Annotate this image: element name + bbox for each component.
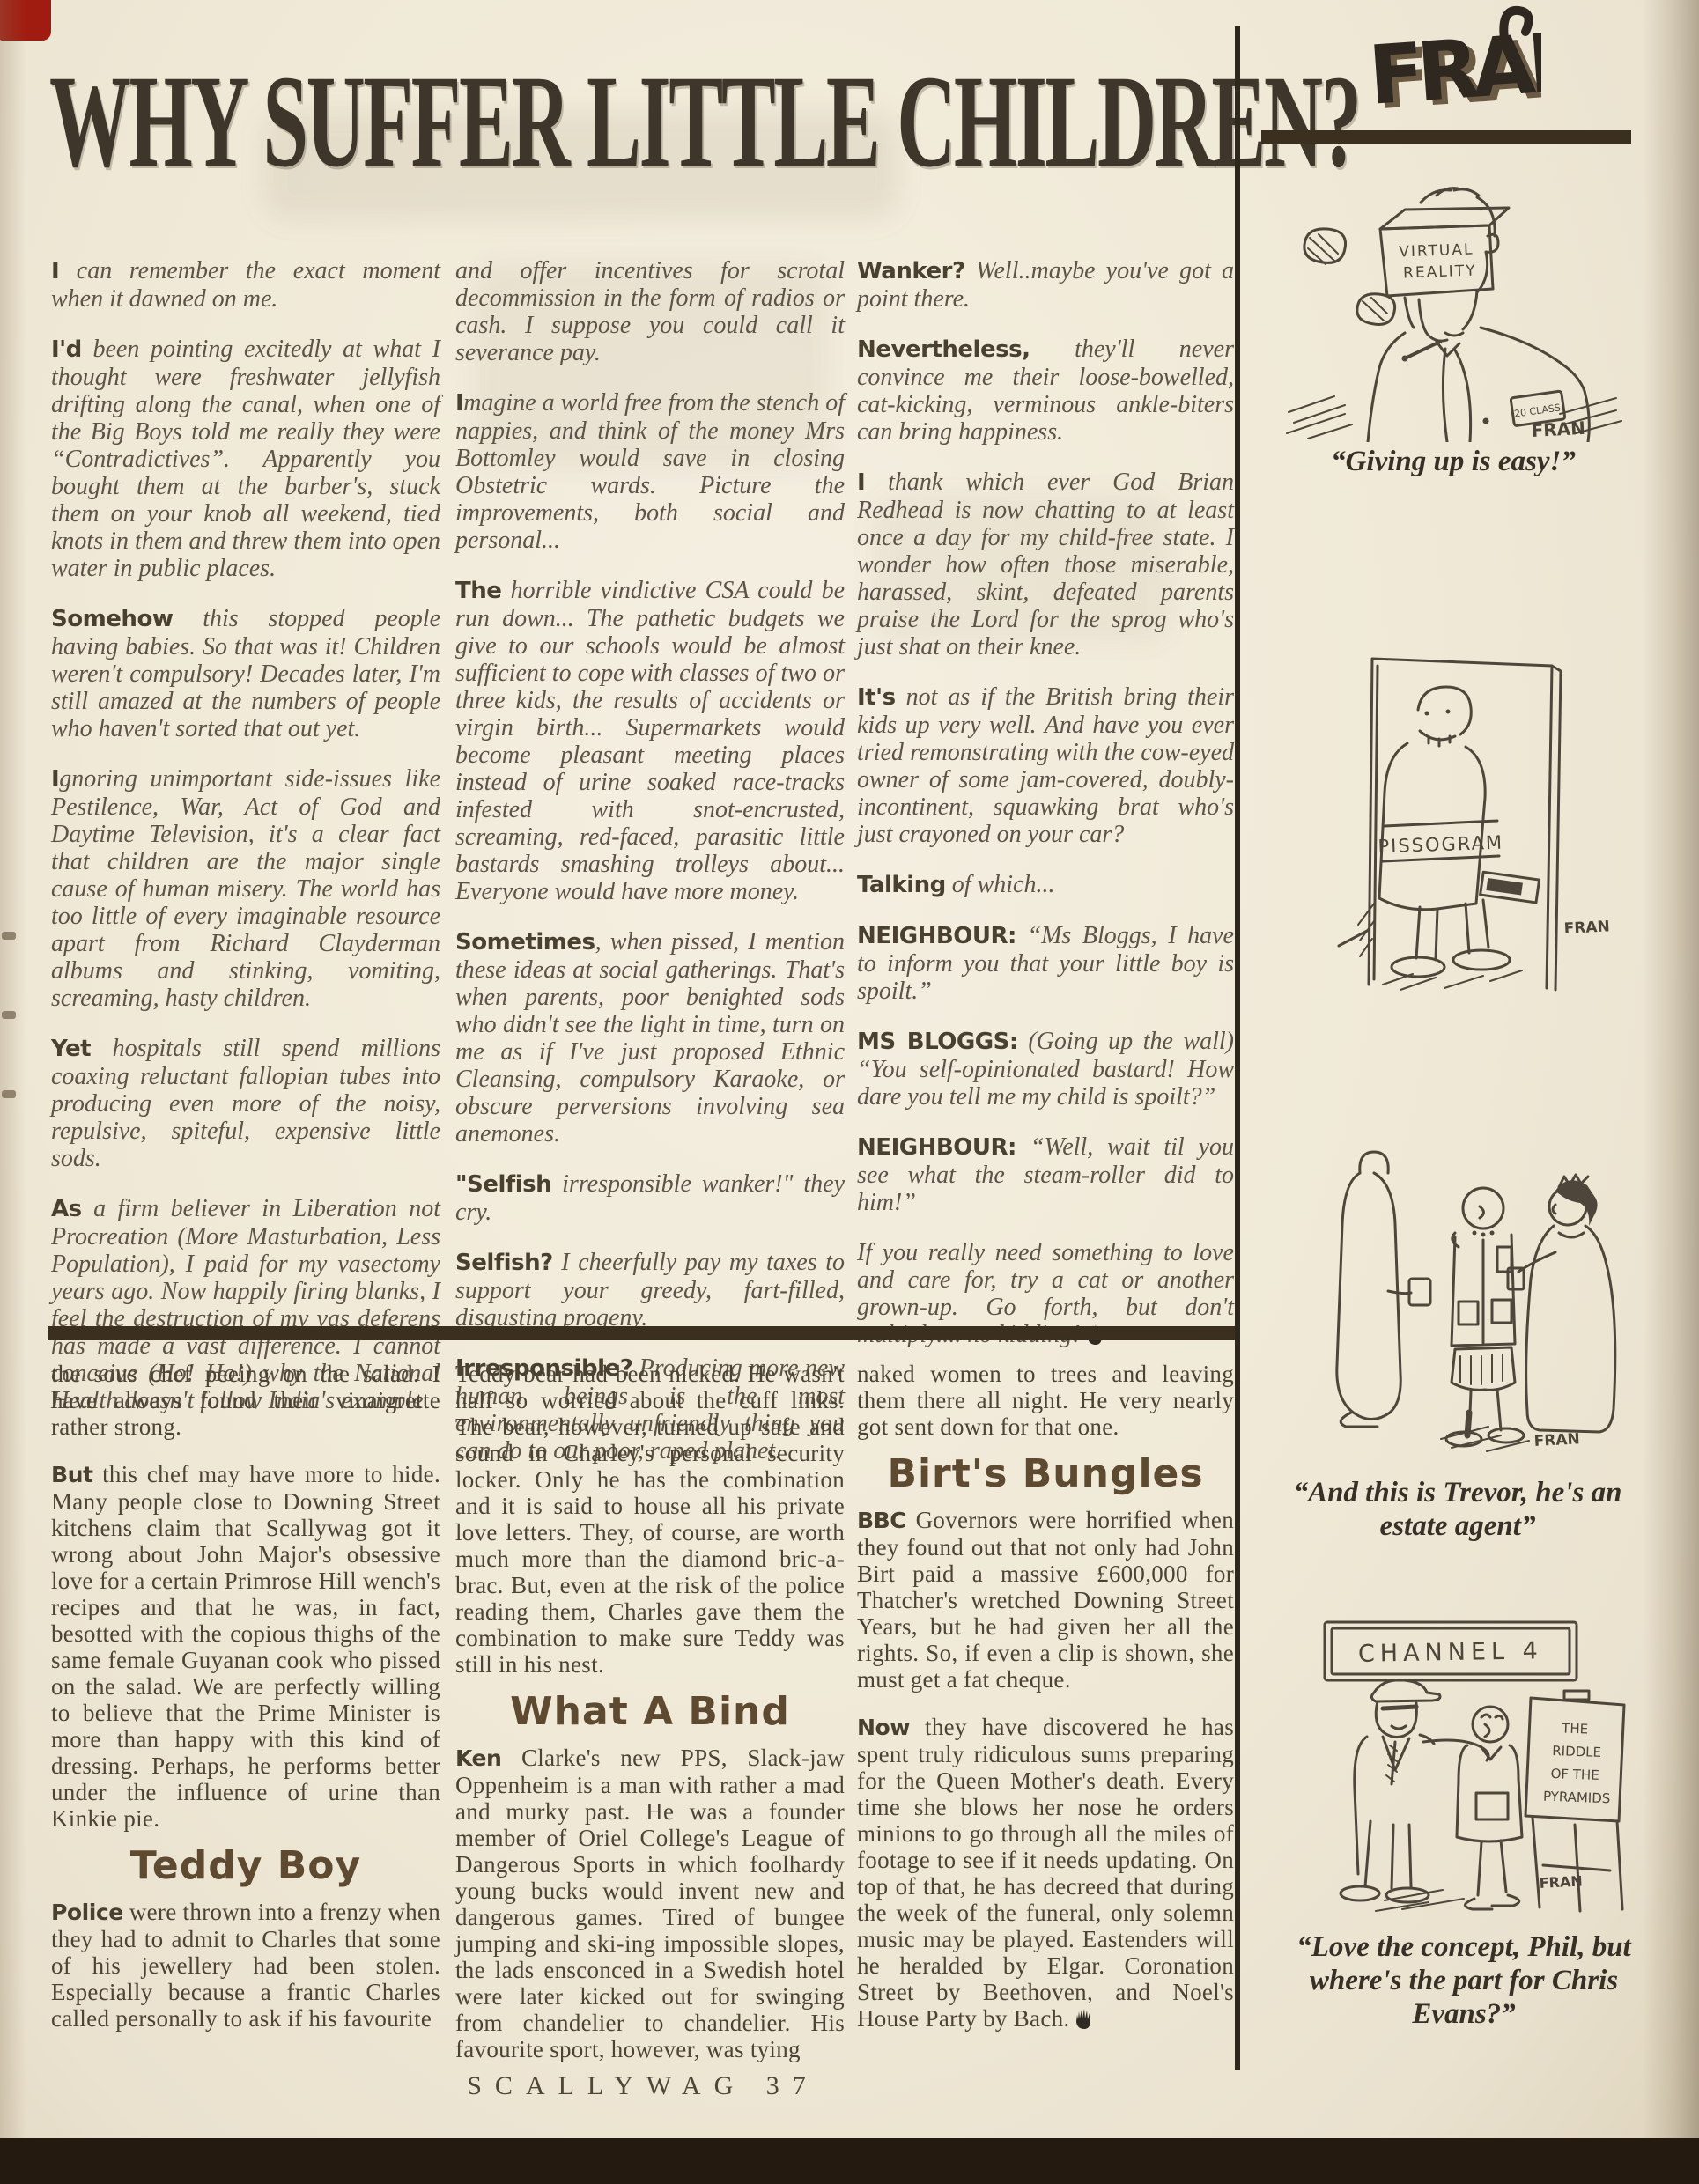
lead-word: As: [51, 1196, 82, 1222]
cartoon-pissogram: PISSOGRAM FRAN: [1286, 639, 1621, 996]
visor-label-line1: VIRTUAL: [1399, 241, 1474, 262]
lead-word: BBC: [857, 1508, 905, 1533]
paragraph: Police were thrown into a frenzy when th…: [51, 1899, 440, 2032]
hair: [1555, 1180, 1598, 1226]
paragraph: I'd been pointing excitedly at what I th…: [51, 336, 440, 582]
cartoon-trevor-party: FRAN: [1275, 1134, 1636, 1456]
lead-word: Sometimes: [455, 929, 595, 955]
para-text: horrible vindictive CSA could be run dow…: [455, 577, 845, 905]
lead-word: NEIGHBOUR:: [857, 1134, 1016, 1161]
paragraph: Ken Clarke's new PPS, Slack-jaw Oppenhei…: [455, 1745, 845, 2062]
paragraph: The horrible vindictive CSA could be run…: [455, 577, 845, 905]
article-column-3: Wanker? Well..maybe you've got a point t…: [857, 257, 1234, 1371]
paragraph: But this chef may have more to hide. Man…: [51, 1461, 440, 1832]
paragraph: Nevertheless, they'll never convince me …: [857, 336, 1234, 446]
easel-line3: OF THE: [1550, 1766, 1599, 1783]
paragraph: the sous chef peeing on the salad. I hav…: [51, 1361, 440, 1440]
scan-bottom-band: [0, 2138, 1699, 2184]
lead-word: Wanker?: [857, 258, 965, 284]
paragraph: and offer incentives for scrotal decommi…: [455, 257, 845, 366]
fran-signature: FRAN: [1539, 1872, 1583, 1892]
article-column-1: I can remember the exact moment when it …: [51, 257, 440, 1437]
para-text: been pointing excitedly at what I though…: [51, 336, 440, 582]
paragraph: Wanker? Well..maybe you've got a point t…: [857, 257, 1234, 313]
para-text: this chef may have more to hide. Many pe…: [51, 1461, 440, 1832]
page-folio: SCALLYWAG 37: [48, 2071, 1237, 2101]
lead-word: Nevertheless,: [857, 336, 1030, 363]
cartoon-caption: “Giving up is easy!”: [1268, 445, 1638, 478]
logo-text: FRAN: [1366, 14, 1541, 123]
heading-teddy-boy: Teddy Boy: [51, 1853, 440, 1879]
paragraph: Now they have discovered he has spent tr…: [857, 1714, 1234, 2032]
para-text: gnoring unimportant side-issues like Pes…: [51, 765, 440, 1012]
lead-word: I'd: [51, 336, 82, 363]
cartoon-caption: “Love the concept, Phil, but where's the…: [1279, 1930, 1649, 2031]
para-text: Clarke's new PPS, Slack-jaw Oppenheim is…: [455, 1745, 845, 2062]
lead-word: I: [857, 469, 865, 496]
fran-logo: FRAN FRAN: [1356, 0, 1541, 130]
lead-word: Talking: [857, 872, 946, 898]
lead-word: But: [51, 1462, 93, 1487]
para-text: magine a world free from the stench of n…: [455, 389, 845, 554]
paragraph: NEIGHBOUR: “Ms Bloggs, I have to inform …: [857, 922, 1234, 1005]
para-text: Teddy bear had been nicked. He wasn't ha…: [455, 1361, 845, 1678]
easel-line4: PYRAMIDS: [1543, 1789, 1611, 1807]
binding-mark: [2, 1090, 16, 1098]
magazine-page: WHY SUFFER LITTLE CHILDREN? I can rememb…: [0, 0, 1699, 2184]
news-column-2: Teddy bear had been nicked. He wasn't ha…: [455, 1361, 845, 2084]
easel-line1: THE: [1561, 1720, 1589, 1737]
page-right-curl: [1643, 0, 1699, 2184]
sidebar-header-rule: [1261, 130, 1631, 144]
paragraph: MS BLOGGS: (Going up the wall) “You self…: [857, 1028, 1234, 1110]
lead-word: Ken: [455, 1745, 501, 1771]
cartoon-caption: “And this is Trevor, he's an estate agen…: [1268, 1476, 1647, 1543]
lead-word: I: [51, 766, 59, 793]
para-text: of which...: [946, 871, 1055, 898]
paragraph: naked women to trees and leaving them th…: [857, 1361, 1234, 1440]
sidebar-divider-rule: [1235, 26, 1240, 2070]
cartoon-channel4: CHANNEL 4 THE RIDDLE OF THE PYRAMIDS FRA…: [1279, 1617, 1640, 1916]
easel-line2: RIDDLE: [1552, 1743, 1601, 1760]
paragraph: Ignoring unimportant side-issues like Pe…: [51, 765, 440, 1012]
heading-what-a-bind: What A Bind: [455, 1699, 845, 1725]
page-title: WHY SUFFER LITTLE CHILDREN?: [49, 46, 1360, 197]
paragraph: It's not as if the British bring their k…: [857, 683, 1234, 848]
para-text: naked women to trees and leaving them th…: [857, 1361, 1234, 1440]
para-text: they have discovered he has spent truly …: [857, 1714, 1234, 2032]
sign-label: CHANNEL 4: [1358, 1637, 1543, 1668]
paragraph: Sometimes, when pissed, I mention these …: [455, 928, 845, 1147]
lead-word: Now: [857, 1715, 910, 1740]
lead-word: Yet: [51, 1036, 91, 1062]
paragraph: Teddy bear had been nicked. He wasn't ha…: [455, 1361, 845, 1678]
binding-mark: [2, 932, 16, 940]
paragraph: Yet hospitals still spend millions coaxi…: [51, 1035, 440, 1172]
para-text: the sous chef peeing on the salad. I hav…: [51, 1361, 440, 1440]
cigarette-pack-label: 20 CLASS: [1513, 402, 1561, 419]
news-column-1: the sous chef peeing on the salad. I hav…: [51, 1361, 440, 2053]
coat-label: PISSOGRAM: [1378, 832, 1503, 858]
lead-word: I: [455, 390, 463, 417]
visor-label-line2: REALITY: [1403, 262, 1477, 283]
paragraph: I can remember the exact moment when it …: [51, 257, 440, 313]
fran-signature: FRAN: [1531, 417, 1585, 441]
hatching: [1358, 904, 1522, 990]
paragraph: NEIGHBOUR: “Well, wait til you see what …: [857, 1133, 1234, 1216]
lead-word: I: [51, 258, 59, 284]
paragraph: Somehow this stopped people having babie…: [51, 605, 440, 742]
lead-word: "Selfish: [455, 1171, 551, 1198]
lead-word: MS BLOGGS:: [857, 1029, 1018, 1055]
para-text: , when pissed, I mention these ideas at …: [455, 928, 845, 1147]
handprint-icon: [1074, 2007, 1095, 2030]
heading-birts-bungles: Birt's Bungles: [857, 1461, 1234, 1487]
lead-word: NEIGHBOUR:: [857, 923, 1016, 949]
lead-word: Selfish?: [455, 1250, 553, 1276]
paragraph: Imagine a world free from the stench of …: [455, 389, 845, 554]
news-column-3: naked women to trees and leaving them th…: [857, 1361, 1234, 2053]
fran-signature: FRAN: [1533, 1430, 1580, 1450]
paragraph: Selfish? I cheerfully pay my taxes to su…: [455, 1249, 845, 1332]
para-text: thank which ever God Brian Redhead is no…: [857, 469, 1234, 660]
paragraph: BBC Governors were horrified when they f…: [857, 1507, 1234, 1693]
paragraph: Talking of which...: [857, 871, 1234, 899]
binding-mark: [2, 1011, 16, 1019]
para-text: not as if the British bring their kids u…: [857, 683, 1234, 848]
para-text: Governors were horrified when they found…: [857, 1507, 1234, 1693]
hatching: [1376, 1745, 1464, 1911]
fran-signature: FRAN: [1563, 918, 1610, 938]
section-divider-rule: [48, 1326, 1236, 1340]
article-column-2: and offer incentives for scrotal decommi…: [455, 257, 845, 1487]
lead-word: Somehow: [51, 606, 173, 632]
paragraph: I thank which ever God Brian Redhead is …: [857, 469, 1234, 660]
lead-word: Police: [51, 1900, 123, 1925]
lead-word: The: [455, 578, 501, 604]
para-text: hospitals still spend millions coaxing r…: [51, 1035, 440, 1172]
paragraph: "Selfish irresponsible wanker!" they cry…: [455, 1170, 845, 1226]
para-text: and offer incentives for scrotal decommi…: [455, 257, 845, 366]
cartoon-virtual-reality: VIRTUAL REALITY 20 CLASS FRAN: [1273, 160, 1625, 442]
para-text: can remember the exact moment when it da…: [51, 257, 440, 313]
lead-word: It's: [857, 684, 896, 711]
